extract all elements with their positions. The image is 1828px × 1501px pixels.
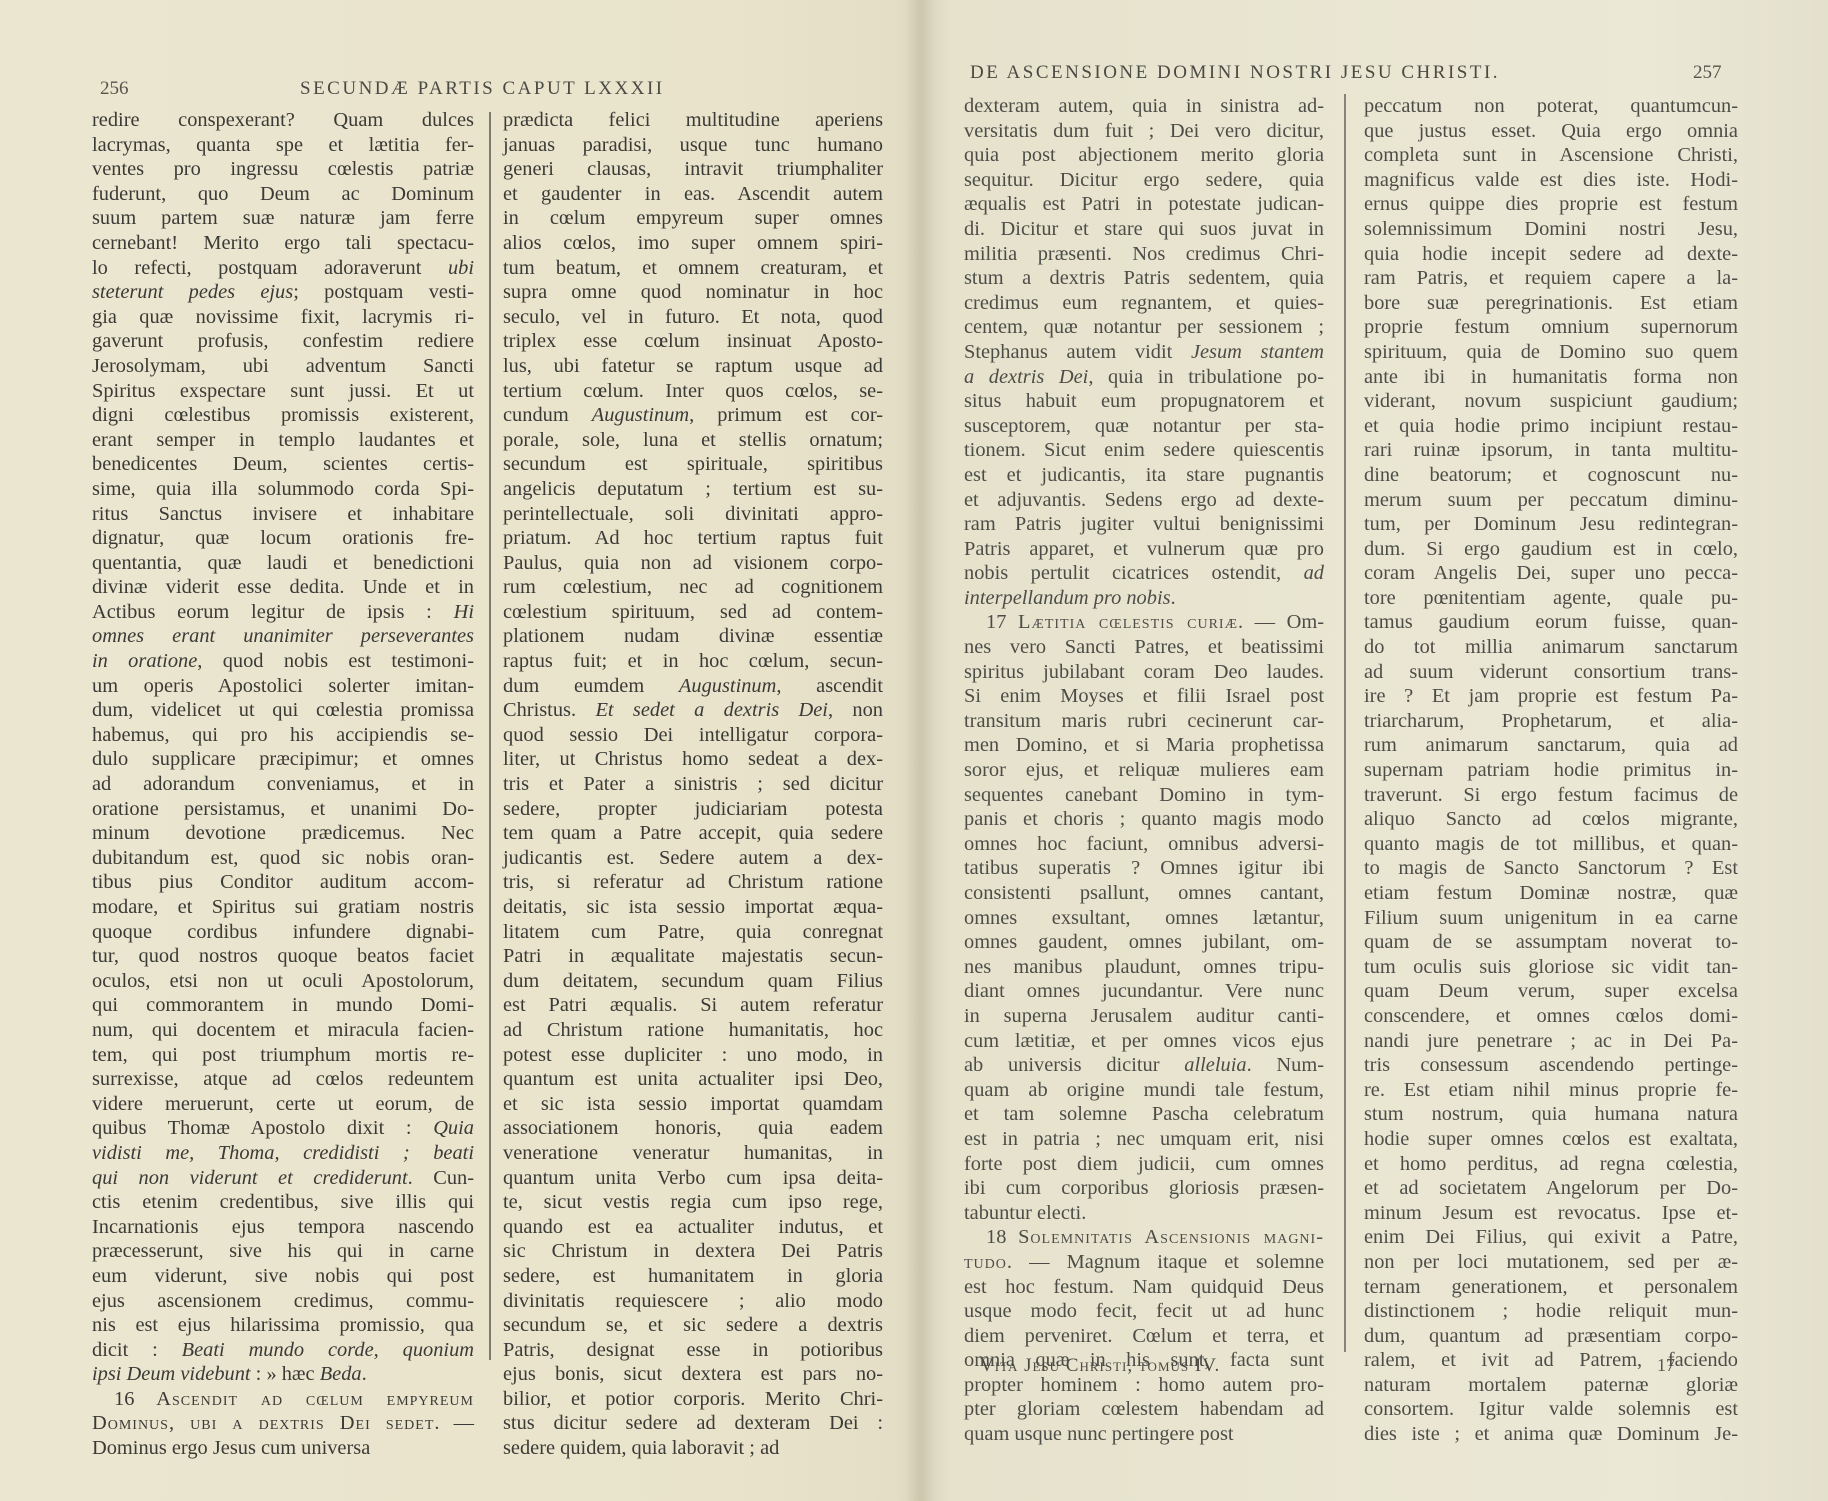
text-line: Dominus, ubi a dextris Dei sedet. — — [92, 1411, 474, 1436]
text-line: dum eumdem Augustinum, ascendit — [503, 674, 883, 699]
text-line: peccatum non poterat, quantumcun- — [1364, 94, 1738, 119]
text-line: gaverunt profusis, confestim rediere — [92, 329, 474, 354]
text-line: prædicta felici multitudine aperiens — [503, 108, 883, 133]
text-line: litatem cum Patre, quia conregnat — [503, 920, 883, 945]
text-line: cundum Augustinum, primum est cor- — [503, 403, 883, 428]
text-line: traverunt. Si ergo festum facimus de — [1364, 783, 1738, 808]
text-line: benedicentes Deum, scientes certis- — [92, 452, 474, 477]
text-line: proprie festum omnium supernorum — [1364, 315, 1738, 340]
text-line: dum, quantum ad præsentiam corpo- — [1364, 1324, 1738, 1349]
text-line: cernebant! Merito ergo tali spectacu- — [92, 231, 474, 256]
text-line: quam usque nunc pertingere post — [964, 1422, 1324, 1447]
text-line: ventes pro ingressu cœlestis patriæ — [92, 157, 474, 182]
text-line: quantum est unita actualiter ipsi Deo, — [503, 1067, 883, 1092]
text-line: quam Deum verum, super excelsa — [1364, 979, 1738, 1004]
text-line: re. Est etiam nihil minus proprie fe- — [1364, 1078, 1738, 1103]
text-line: sedere, est humanitatem in gloria — [503, 1264, 883, 1289]
text-line: ejus bonis, sicut dextera est pars no- — [503, 1362, 883, 1387]
text-line: 16 Ascendit ad cœlum empyreum — [92, 1387, 474, 1412]
text-column-right: prædicta felici multitudine aperiensjanu… — [503, 108, 883, 1461]
text-line: Spiritus exspectare sunt jussi. Et ut — [92, 379, 474, 404]
text-line: Si enim Moyses et filii Israel post — [964, 684, 1324, 709]
text-line: stum a dextris Patris sedentem, quia — [964, 266, 1324, 291]
text-line: liter, ut Christus homo sedeat a dex- — [503, 747, 883, 772]
text-line: usque modo fecit, fecit ut ad hunc — [964, 1299, 1324, 1324]
text-line: habemus, qui pro his accipiendis se- — [92, 723, 474, 748]
text-line: ipsi Deum videbunt : » hæc Beda. — [92, 1362, 474, 1387]
text-line: rum cœlestium, nec ad cognitionem — [503, 575, 883, 600]
text-line: generi clausas, intravit triumphaliter — [503, 157, 883, 182]
text-line: Paulus, quia non ad visionem corpo- — [503, 551, 883, 576]
text-line: triarcharum, Prophetarum, et alia- — [1364, 709, 1738, 734]
text-line: plationem nudam divinæ essentiæ — [503, 624, 883, 649]
text-line: aliquo Sancto ad cœlos migrante, — [1364, 807, 1738, 832]
text-line: secundum est spirituale, spiritibus — [503, 452, 883, 477]
text-line: dignatur, quæ locum orationis fre- — [92, 526, 474, 551]
text-line: distinctionem ; hodie reliquit mun- — [1364, 1299, 1738, 1324]
text-line: militia præsenti. Nos credimus Chri- — [964, 242, 1324, 267]
text-line: rari ruinæ ipsorum, in tanta multitu- — [1364, 438, 1738, 463]
text-line: tris et Pater a sinistris ; sed dicitur — [503, 772, 883, 797]
text-line: merum suum per peccatum diminu- — [1364, 488, 1738, 513]
text-line: sequentes canebant Domino in tym- — [964, 783, 1324, 808]
text-line: Patri in æqualitate majestatis secun- — [503, 944, 883, 969]
text-line: forte post diem judicii, cum omnes — [964, 1152, 1324, 1177]
text-line: coram Angelis Dei, super uno pecca- — [1364, 561, 1738, 586]
text-line: vidisti me, Thoma, credidisti ; beati — [92, 1141, 474, 1166]
text-line: ejus ascensionem credimus, commu- — [92, 1289, 474, 1314]
text-line: ternam generationem, et personalem — [1364, 1275, 1738, 1300]
text-line: est et judicantis, ita stare pugnantis — [964, 463, 1324, 488]
text-line: hodie super omnes cœlos est exaltata, — [1364, 1127, 1738, 1152]
text-line: oratione persistamus, et unanimi Do- — [92, 797, 474, 822]
text-line: minum Jesum est revocatus. Ipse et- — [1364, 1201, 1738, 1226]
text-line: potest esse dupliciter : uno modo, in — [503, 1043, 883, 1068]
text-line: omnes erant unanimiter perseverantes — [92, 624, 474, 649]
text-line: supernam patriam hodie primitus in- — [1364, 758, 1738, 783]
text-line: sime, quia illa solummodo corda Spi- — [92, 477, 474, 502]
text-line: supra omne quod nominatur in hoc — [503, 280, 883, 305]
text-line: quantum unita Verbo cum ipsa deita- — [503, 1166, 883, 1191]
text-line: oculos, etsi non ut oculi Apostolorum, — [92, 969, 474, 994]
text-line: fuderunt, quo Deum ac Dominum — [92, 182, 474, 207]
text-line: non per loci mutationem, sed per æ- — [1364, 1250, 1738, 1275]
text-line: magnificus valde est dies iste. Hodi- — [1364, 168, 1738, 193]
text-line: a dextris Dei, quia in tribulatione po- — [964, 365, 1324, 390]
text-line: diem perveniret. Cœlum et terra, et — [964, 1324, 1324, 1349]
running-head: SECUNDÆ PARTIS CAPUT LXXXII — [300, 78, 665, 100]
text-line: bore suæ peregrinationis. Est etiam — [1364, 291, 1738, 316]
text-line: tudo. — Magnum itaque et solemne — [964, 1250, 1324, 1275]
text-line: porale, sole, luna et stellis ornatum; — [503, 428, 883, 453]
text-line: ibi cum corporibus gloriosis præsen- — [964, 1176, 1324, 1201]
text-line: modare, et Spiritus sui gratiam nostris — [92, 895, 474, 920]
text-line: est hoc festum. Nam quidquid Deus — [964, 1275, 1324, 1300]
text-line: quia post abjectionem merito gloria — [964, 143, 1324, 168]
text-line: Incarnationis ejus tempora nascendo — [92, 1215, 474, 1240]
text-line: in oratione, quod nobis est testimoni- — [92, 649, 474, 674]
text-line: susceptorem, quæ notantur per sta- — [964, 414, 1324, 439]
text-line: tris consessum ascendendo pertinge- — [1364, 1053, 1738, 1078]
text-line: tabuntur electi. — [964, 1201, 1324, 1226]
text-line: æqualis est Patri in potestate judican- — [964, 192, 1324, 217]
text-line: conscendere, et omnes cœlos domi- — [1364, 1004, 1738, 1029]
text-line: stus dicitur sedere ad dexteram Dei : — [503, 1411, 883, 1436]
text-line: quentantia, quæ laudi et benedictioni — [92, 551, 474, 576]
text-line: perintellectuale, soli divinitati appro- — [503, 502, 883, 527]
text-line: digni cœlestibus promissis existerent, — [92, 403, 474, 428]
text-line: in superna Jerusalem auditur canti- — [964, 1004, 1324, 1029]
left-page: 256 SECUNDÆ PARTIS CAPUT LXXXII redire c… — [0, 0, 915, 1501]
text-line: quanto magis de tot millibus, et quan- — [1364, 832, 1738, 857]
text-line: naturam mortalem paternæ gloriæ — [1364, 1373, 1738, 1398]
text-line: nandi jure penetrare ; ac in Dei Pa- — [1364, 1029, 1738, 1054]
text-line: seculo, vel in futuro. Et nota, quod — [503, 305, 883, 330]
column-rule — [1344, 94, 1346, 1352]
text-line: situs habuit eum propugnatorem et — [964, 389, 1324, 414]
text-line: credimus eum regnantem, et quies- — [964, 291, 1324, 316]
text-line: omnes hoc faciunt, omnibus adversi- — [964, 832, 1324, 857]
text-line: quoque cordibus infundere dignabi- — [92, 920, 474, 945]
text-line: et sic ista sessio importat quamdam — [503, 1092, 883, 1117]
text-line: completa sunt in Ascensione Christi, — [1364, 143, 1738, 168]
text-line: spirituum, quia de Domino suo quem — [1364, 340, 1738, 365]
text-line: erant semper in templo laudantes et — [92, 428, 474, 453]
text-line: eum viderunt, sive nobis qui post — [92, 1264, 474, 1289]
text-line: surrexisse, atque ad cœlos redeuntem — [92, 1067, 474, 1092]
text-line: nes vero Sancti Patres, et beatissimi — [964, 635, 1324, 660]
running-head: DE ASCENSIONE DOMINI NOSTRI JESU CHRISTI… — [970, 62, 1500, 84]
text-line: do tot millia animarum sanctarum — [1364, 635, 1738, 660]
text-line: Actibus eorum legitur de ipsis : Hi — [92, 600, 474, 625]
text-line: sic Christum in dextera Dei Patris — [503, 1239, 883, 1264]
text-line: omnes gaudent, omnes jubilant, om- — [964, 930, 1324, 955]
text-column-left: dexteram autem, quia in sinistra ad-vers… — [964, 94, 1324, 1447]
text-line: in cœlum empyreum super omnes — [503, 206, 883, 231]
text-line: ante ibi in humanitatis forma non — [1364, 365, 1738, 390]
text-line: alios cœlos, imo super omnem spiri- — [503, 231, 883, 256]
text-line: priatum. Ad hoc tertium raptus fuit — [503, 526, 883, 551]
column-rule — [489, 112, 491, 1360]
text-line: ritus Sanctus invisere et inhabitare — [92, 502, 474, 527]
text-line: ad suum viderunt consortium trans- — [1364, 660, 1738, 685]
text-line: panis et choris ; quanto magis modo — [964, 807, 1324, 832]
text-line: et adjuvantis. Sedens ergo ad dexte- — [964, 488, 1324, 513]
text-line: associationem honoris, quia eadem — [503, 1116, 883, 1141]
text-line: est Patri æqualis. Si autem referatur — [503, 993, 883, 1018]
text-line: ab universis dicitur alleluia. Num- — [964, 1053, 1324, 1078]
text-line: ralem, et ivit ad Patrem, faciendo — [1364, 1348, 1738, 1373]
text-line: bilior, et potior corporis. Merito Chri- — [503, 1387, 883, 1412]
text-line: dicit : Beati mundo corde, quonium — [92, 1338, 474, 1363]
text-line: tamus gaudium eorum fuisse, quan- — [1364, 610, 1738, 635]
footer-signature: Vita Jesu Christi, tomus IV. — [980, 1355, 1220, 1377]
text-line: qui commorantem in mundo Domi- — [92, 993, 474, 1018]
text-line: tatibus superatis ? Omnes igitur ibi — [964, 856, 1324, 881]
page-number: 256 — [100, 78, 129, 100]
text-line: dubitandum est, quod sic nobis oran- — [92, 846, 474, 871]
text-line: diant omnes jucundantur. Vere nunc — [964, 979, 1324, 1004]
right-page: DE ASCENSIONE DOMINI NOSTRI JESU CHRISTI… — [930, 0, 1828, 1501]
text-line: versitatis dum fuit ; Dei vero dicitur, — [964, 119, 1324, 144]
text-line: solemnissimum Domini nostri Jesu, — [1364, 217, 1738, 242]
text-line: men Domino, et si Maria prophetissa — [964, 733, 1324, 758]
text-line: Jerosolymam, ubi adventum Sancti — [92, 354, 474, 379]
text-line: transitum maris rubri cecinerunt car- — [964, 709, 1324, 734]
text-line: ire ? Et jam proprie est festum Pa- — [1364, 684, 1738, 709]
text-line: Stephanus autem vidit Jesum stantem — [964, 340, 1324, 365]
text-line: 18 Solemnitatis Ascensionis magni- — [964, 1225, 1324, 1250]
text-line: divinæ viderit esse dedita. Unde et in — [92, 575, 474, 600]
text-line: et ad societatem Angelorum per Do- — [1364, 1176, 1738, 1201]
text-line: um operis Apostolici solerter imitan- — [92, 674, 474, 699]
text-line: consistenti psallunt, omnes cantant, — [964, 881, 1324, 906]
text-line: videre meruerunt, certe ut eorum, de — [92, 1092, 474, 1117]
text-line: nes manibus plaudunt, omnes tripu- — [964, 955, 1324, 980]
text-line: ram Patris, et requiem capere a la- — [1364, 266, 1738, 291]
text-line: quibus Thomæ Apostolo dixit : Quia — [92, 1116, 474, 1141]
text-line: secundum se, et sic sedere a dextris — [503, 1313, 883, 1338]
text-line: enim Dei Filius, qui exivit a Patre, — [1364, 1225, 1738, 1250]
text-line: raptus fuit; et in hoc cœlum, secun- — [503, 649, 883, 674]
text-column-left: redire conspexerant? Quam dulceslacrymas… — [92, 108, 474, 1461]
text-line: lacrymas, quanta spe et lætitia fer- — [92, 133, 474, 158]
text-line: angelicis deputatum ; tertium est su- — [503, 477, 883, 502]
text-line: et gaudenter in eas. Ascendit autem — [503, 182, 883, 207]
page-number: 257 — [1693, 62, 1722, 84]
text-line: Christus. Et sedet a dextris Dei, non — [503, 698, 883, 723]
text-line: cum lætitiæ, et per omnes vicos ejus — [964, 1029, 1324, 1054]
text-line: et homo perditus, ad regna cœlestia, — [1364, 1152, 1738, 1177]
text-line: quam de se assumptam noverat to- — [1364, 930, 1738, 955]
text-line: dum deitatem, secundum quam Filius — [503, 969, 883, 994]
text-line: januas paradisi, usque tunc humano — [503, 133, 883, 158]
text-line: tris, si referatur ad Christum ratione — [503, 870, 883, 895]
text-line: stum nostrum, quia humana natura — [1364, 1102, 1738, 1127]
text-line: tum, per Dominum Jesu redintegran- — [1364, 512, 1738, 537]
text-line: dine beatorum; et cognoscunt nu- — [1364, 463, 1738, 488]
text-line: spiritus jubilabant coram Deo laudes. — [964, 660, 1324, 685]
text-line: que justus esset. Quia ergo omnia — [1364, 119, 1738, 144]
text-line: lo refecti, postquam adoraverunt ubi — [92, 256, 474, 281]
text-line: di. Dicitur et stare qui suos juvat in — [964, 217, 1324, 242]
text-line: te, sicut vestis regia cum ipso rege, — [503, 1190, 883, 1215]
text-line: consortem. Igitur valde solemnis est — [1364, 1397, 1738, 1422]
text-line: cœlestium spirituum, sed ad contem- — [503, 600, 883, 625]
text-line: dies iste ; et anima quæ Dominum Je- — [1364, 1422, 1738, 1447]
text-line: nobis pertulit cicatrices ostendit, ad — [964, 561, 1324, 586]
text-line: Patris apparet, et vulnerum quæ pro — [964, 537, 1324, 562]
text-line: divinitatis requiescere ; alio modo — [503, 1289, 883, 1314]
text-line: tur, quod nostros quoque beatos faciet — [92, 944, 474, 969]
text-line: et tam solemne Pascha celebratum — [964, 1102, 1324, 1127]
text-line: tore pœnitentiam agente, quale pu- — [1364, 586, 1738, 611]
text-line: Filium suum unigenitum in ea carne — [1364, 906, 1738, 931]
text-line: omnes exsultant, omnes lætantur, — [964, 906, 1324, 931]
text-line: tibus pius Conditor auditum accom- — [92, 870, 474, 895]
text-line: sequitur. Dicitur ergo sedere, quia — [964, 168, 1324, 193]
text-line: minum devotione prædicemus. Nec — [92, 821, 474, 846]
text-line: pter gloriam cœlestem habendam ad — [964, 1397, 1324, 1422]
text-line: ad Christum ratione humanitatis, hoc — [503, 1018, 883, 1043]
text-line: ernus quippe dies proprie est festum — [1364, 192, 1738, 217]
text-line: triplex esse cœlum insinuat Aposto- — [503, 329, 883, 354]
text-line: tem, qui post triumphum mortis re- — [92, 1043, 474, 1068]
text-line: judicantis est. Sedere autem a dex- — [503, 846, 883, 871]
text-line: redire conspexerant? Quam dulces — [92, 108, 474, 133]
text-line: ctis etenim credentibus, sive illis qui — [92, 1190, 474, 1215]
text-line: dum, videlicet ut qui cœlestia promissa — [92, 698, 474, 723]
text-line: steterunt pedes ejus; postquam vesti- — [92, 280, 474, 305]
text-column-right: peccatum non poterat, quantumcun-que jus… — [1364, 94, 1738, 1447]
text-line: rum animarum sanctarum, quia ad — [1364, 733, 1738, 758]
text-line: gia quæ novissime fixit, lacrymis ri- — [92, 305, 474, 330]
sheet-number: 17 — [1657, 1355, 1675, 1376]
text-line: tertium cœlum. Inter quos cœlos, se- — [503, 379, 883, 404]
text-line: etiam festum Dominæ nostræ, quæ — [1364, 881, 1738, 906]
text-line: 17 Lætitia cœlestis curiæ. — Om- — [964, 610, 1324, 635]
text-line: Patris, designat esse in potioribus — [503, 1338, 883, 1363]
text-line: ram Patris jugiter vultui benignissimi — [964, 512, 1324, 537]
text-line: quod sessio Dei intelligatur corpora- — [503, 723, 883, 748]
text-line: dum. Si ergo gaudium est in cœlo, — [1364, 537, 1738, 562]
text-line: soror ejus, et reliquæ mulieres eam — [964, 758, 1324, 783]
text-line: ad adorandum conveniamus, et in — [92, 772, 474, 797]
text-line: est in patria ; nec umquam erit, nisi — [964, 1127, 1324, 1152]
text-line: tum oculis suis gloriose sic vidit tan- — [1364, 955, 1738, 980]
text-line: centem, quæ notantur per sessionem ; — [964, 315, 1324, 340]
text-line: tem quam a Patre accepit, quia sedere — [503, 821, 883, 846]
text-line: quando est ea actualiter indutus, et — [503, 1215, 883, 1240]
text-line: quam ab origine mundi tale festum, — [964, 1078, 1324, 1103]
text-line: dulo supplicare præcipimur; et omnes — [92, 747, 474, 772]
text-line: suum partem suæ naturæ jam ferre — [92, 206, 474, 231]
text-line: præcesserunt, sive his qui in carne — [92, 1239, 474, 1264]
text-line: deitatis, sic ista sessio importat æqua- — [503, 895, 883, 920]
text-line: tum beatum, et omnem creaturam, et — [503, 256, 883, 281]
text-line: interpellandum pro nobis. — [964, 586, 1324, 611]
text-line: veneratione veneratur humanitas, in — [503, 1141, 883, 1166]
text-line: tionem. Sicut enim sedere quiescentis — [964, 438, 1324, 463]
text-line: sedere quidem, quia laboravit ; ad — [503, 1436, 883, 1461]
text-line: dexteram autem, quia in sinistra ad- — [964, 94, 1324, 119]
text-line: to magis de Sancto Sanctorum ? Est — [1364, 856, 1738, 881]
text-line: et quia hodie primo incipiunt restau- — [1364, 414, 1738, 439]
text-line: sedere, propter judiciariam potesta — [503, 797, 883, 822]
text-line: quia hodie incepit sedere ad dexte- — [1364, 242, 1738, 267]
text-line: qui non viderunt et crediderunt. Cun- — [92, 1166, 474, 1191]
text-line: nis est ejus hilarissima promissio, qua — [92, 1313, 474, 1338]
text-line: num, qui docentem et miracula facien- — [92, 1018, 474, 1043]
text-line: Dominus ergo Jesus cum universa — [92, 1436, 474, 1461]
text-line: viderant, novum suspiciunt gaudium; — [1364, 389, 1738, 414]
text-line: lus, ubi fatetur se raptum usque ad — [503, 354, 883, 379]
book-spread: 256 SECUNDÆ PARTIS CAPUT LXXXII redire c… — [0, 0, 1828, 1501]
